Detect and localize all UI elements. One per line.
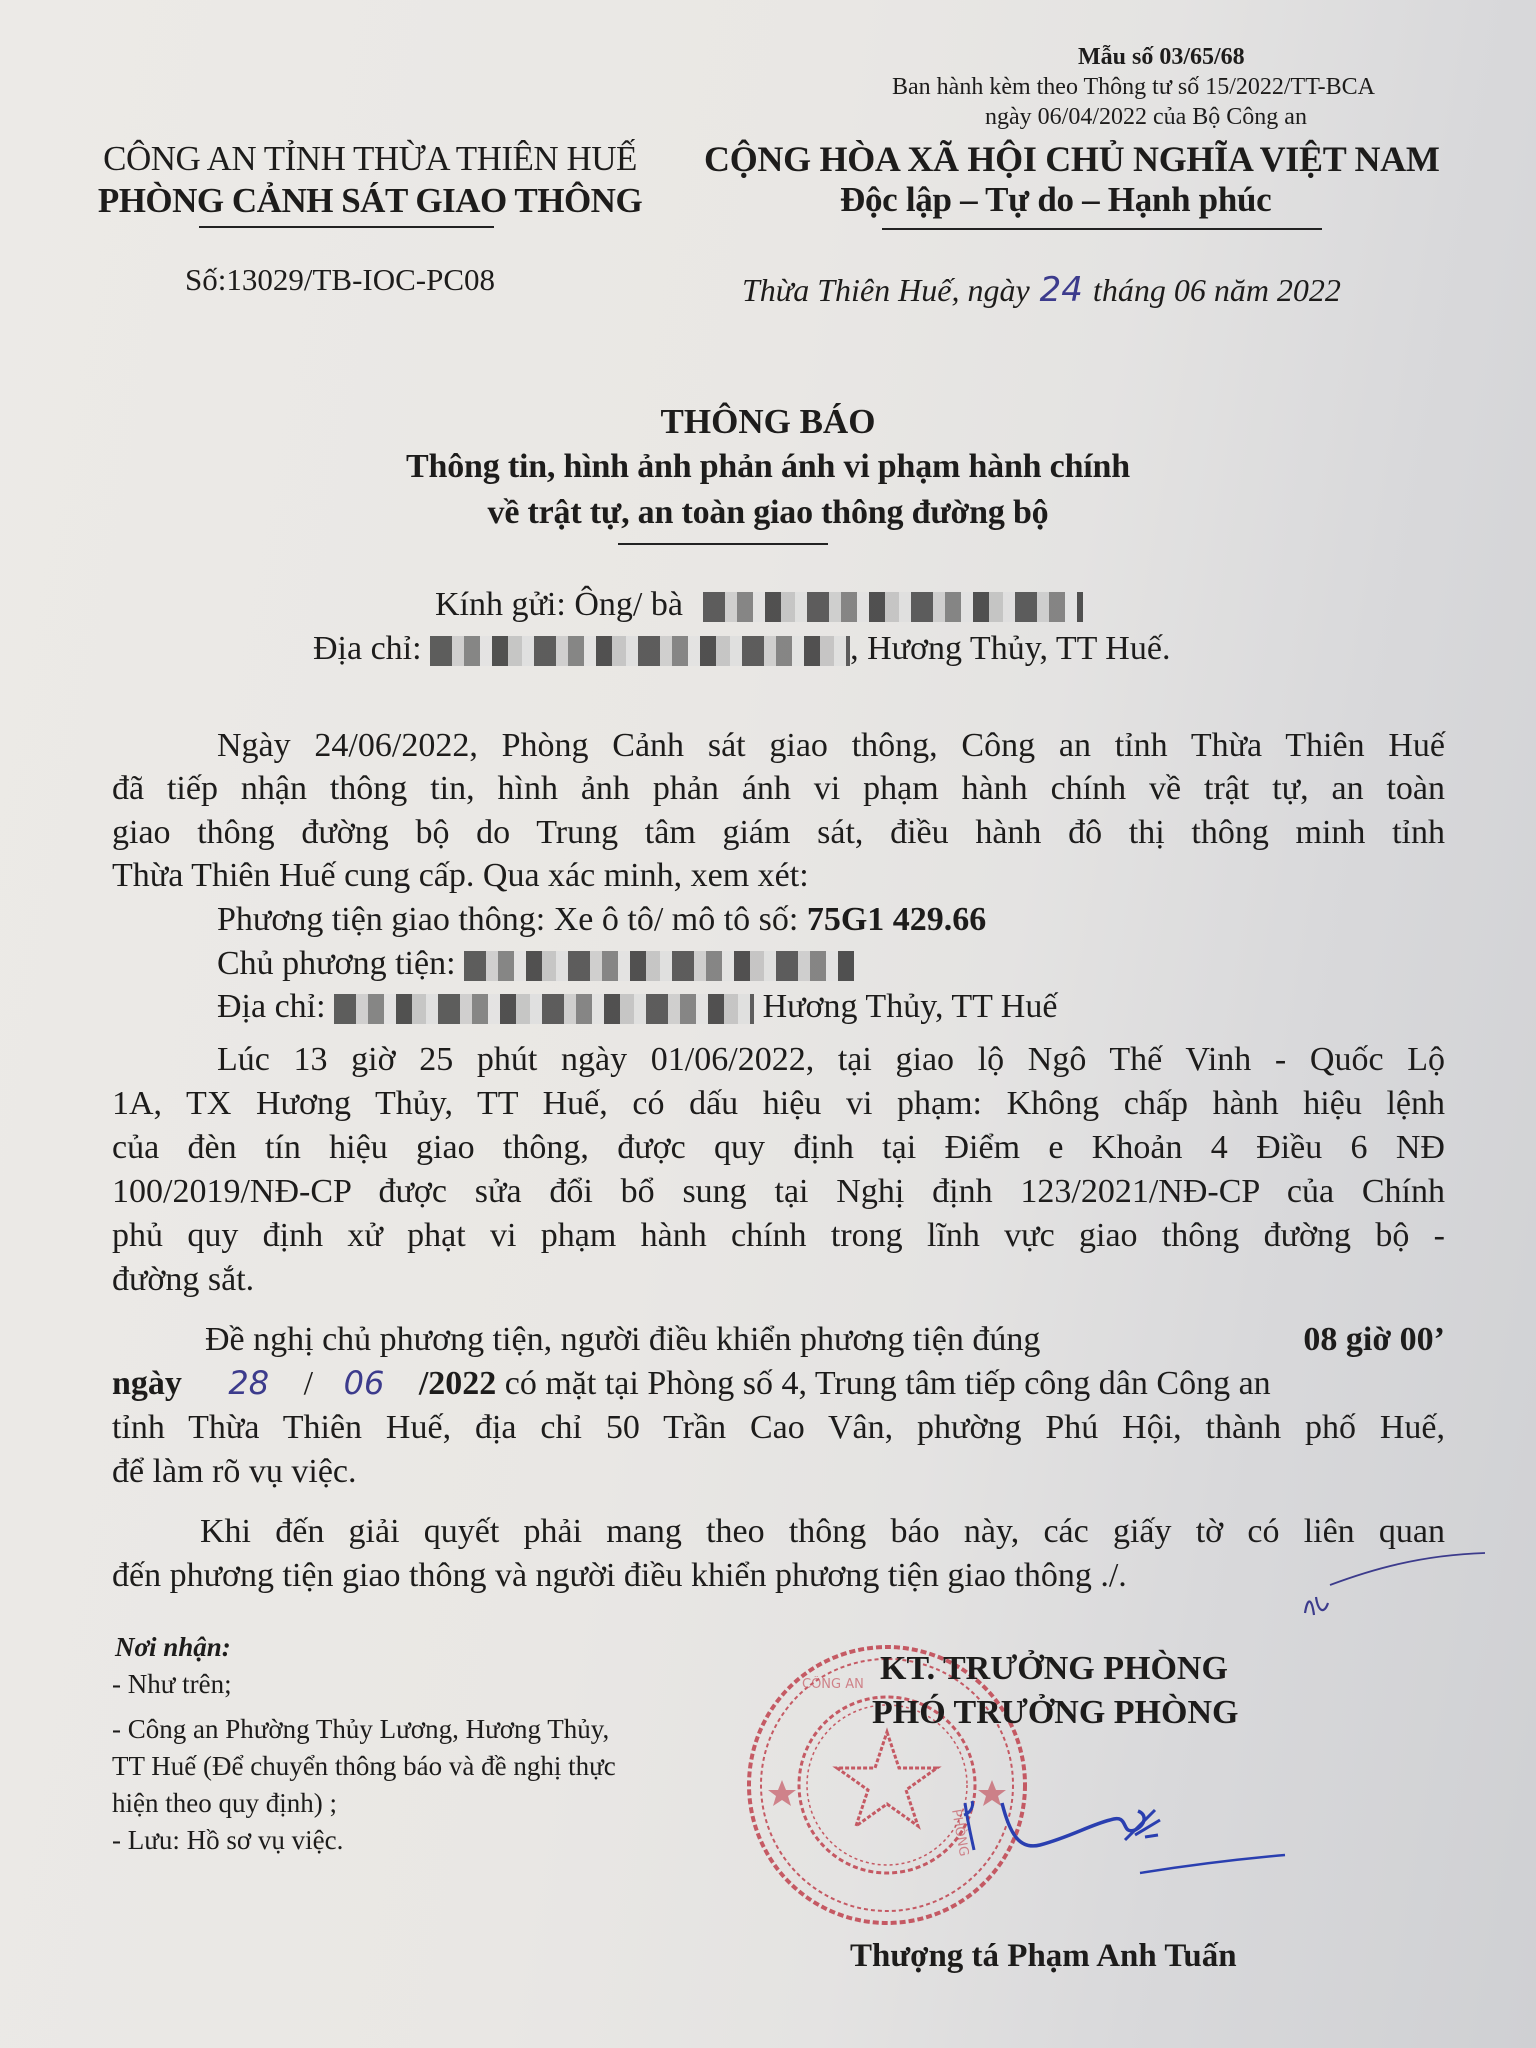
redacted-recipient-address [430, 636, 850, 666]
para3-line-2: ngày 28 / 06 /2022 có mặt tại Phòng số 4… [112, 1362, 1445, 1406]
para2-line: của đèn tín hiệu giao thông, được quy đị… [112, 1126, 1445, 1170]
redacted-owner-name [464, 951, 854, 981]
recipients-item: - Như trên; [112, 1668, 232, 1701]
recipients-item: TT Huế (Để chuyển thông báo và đề nghị t… [112, 1750, 616, 1783]
issued-by-line-2: ngày 06/04/2022 của Bộ Công an [985, 104, 1307, 131]
recipient-address-line: Địa chỉ: , Hương Thủy, TT Huế. [313, 630, 1170, 668]
para4-line-2: đến phương tiện giao thông và người điều… [112, 1554, 1445, 1598]
para2-line: phủ quy định xử phạt vi phạm hành chính … [112, 1214, 1445, 1258]
para2-line: đường sắt. [112, 1258, 1445, 1302]
address-label: Địa chỉ: [313, 630, 422, 667]
recipients-item: - Công an Phường Thủy Lương, Hương Thủy, [112, 1713, 609, 1746]
recipient-label: Kính gửi: Ông/ bà [435, 586, 683, 623]
signer-name: Thượng tá Phạm Anh Tuấn [850, 1938, 1237, 1975]
recipients-item: hiện theo quy định) ; [112, 1787, 337, 1820]
vehicle-line: Phương tiện giao thông: Xe ô tô/ mô tô s… [217, 898, 1445, 942]
agency-name: CÔNG AN TỈNH THỪA THIÊN HUẾ [60, 138, 680, 180]
national-motto: Độc lập – Tự do – Hạnh phúc [840, 180, 1271, 220]
para2-line: 1A, TX Hương Thủy, TT Huế, có dấu hiệu v… [112, 1082, 1445, 1126]
issued-by-line-1: Ban hành kèm theo Thông tư số 15/2022/TT… [892, 74, 1375, 101]
owner-label: Chủ phương tiện: [217, 945, 456, 982]
place-date-suffix: tháng 06 năm 2022 [1093, 272, 1341, 308]
form-code: Mẫu số 03/65/68 [1078, 44, 1245, 71]
handwritten-appointment-day: 28 [228, 1364, 269, 1402]
para3-text: Đề nghị chủ phương tiện, người điều khiể… [205, 1318, 1040, 1362]
para1-line: Ngày 24/06/2022, Phòng Cảnh sát giao thô… [217, 724, 1445, 768]
address-suffix: , Hương Thủy, TT Huế. [850, 630, 1170, 667]
signature-title-line-1: KT. TRƯỞNG PHÒNG [880, 1650, 1228, 1688]
appointment-time: 08 giờ 00’ [1303, 1318, 1445, 1362]
para3-line-4: để làm rõ vụ việc. [112, 1450, 1445, 1494]
para3-line-1: Đề nghị chủ phương tiện, người điều khiể… [205, 1318, 1445, 1362]
owner-line: Chủ phương tiện: [217, 942, 1445, 986]
handwritten-appointment-month: 06 [344, 1364, 385, 1402]
handwritten-signature [960, 1795, 1290, 1895]
owner-address-label: Địa chỉ: [217, 988, 326, 1025]
handwritten-day: 24 [1030, 270, 1093, 310]
star-icon [837, 1732, 937, 1826]
para3-line-3: tỉnh Thừa Thiên Huế, địa chỉ 50 Trần Cao… [112, 1406, 1445, 1450]
national-title: CỘNG HÒA XÃ HỘI CHỦ NGHĨA VIỆT NAM [704, 138, 1440, 180]
para2-line: 100/2019/NĐ-CP được sửa đổi bổ sung tại … [112, 1170, 1445, 1214]
para2-line: Lúc 13 giờ 25 phút ngày 01/06/2022, tại … [217, 1038, 1445, 1082]
recipients-title: Nơi nhận: [115, 1632, 231, 1663]
document-title: THÔNG BÁO [0, 402, 1536, 442]
recipient-line: Kính gửi: Ông/ bà [435, 586, 1083, 624]
document-subtitle-line-2: về trật tự, an toàn giao thông đường bộ [0, 494, 1536, 532]
header-left-underline [199, 226, 494, 228]
para3-text: có mặt tại Phòng số 4, Trung tâm tiếp cô… [505, 1365, 1271, 1402]
place-date-prefix: Thừa Thiên Huế, ngày [742, 272, 1030, 308]
vehicle-label: Phương tiện giao thông: Xe ô tô/ mô tô s… [217, 901, 798, 938]
para4-line-1: Khi đến giải quyết phải mang theo thông … [200, 1510, 1445, 1554]
vehicle-plate: 75G1 429.66 [807, 901, 986, 938]
redacted-owner-address [334, 994, 754, 1024]
handwritten-initial-mark [1300, 1545, 1490, 1620]
owner-address-suffix: Hương Thủy, TT Huế [763, 988, 1058, 1025]
signature-title-line-2: PHÓ TRƯỞNG PHÒNG [872, 1694, 1238, 1732]
place-and-date: Thừa Thiên Huế, ngày24tháng 06 năm 2022 [742, 270, 1341, 310]
date-separator: / [304, 1365, 313, 1402]
department-name: PHÒNG CẢNH SÁT GIAO THÔNG [60, 180, 680, 222]
issuing-agency-header: CÔNG AN TỈNH THỪA THIÊN HUẾ PHÒNG CẢNH S… [60, 138, 680, 228]
redacted-recipient-name [703, 592, 1083, 622]
document-subtitle-line-1: Thông tin, hình ảnh phản ánh vi phạm hàn… [0, 448, 1536, 486]
appointment-day-label: ngày [112, 1365, 182, 1402]
para1-line: đã tiếp nhận thông tin, hình ảnh phản án… [112, 767, 1445, 811]
owner-address-line: Địa chỉ: Hương Thủy, TT Huế [217, 985, 1445, 1029]
para1-line: Thừa Thiên Huế cung cấp. Qua xác minh, x… [112, 854, 1445, 898]
title-underline [618, 543, 828, 545]
motto-underline [882, 228, 1322, 230]
recipients-item: - Lưu: Hồ sơ vụ việc. [112, 1824, 343, 1857]
para1-line: giao thông đường bộ do Trung tâm giám sá… [112, 811, 1445, 855]
document-number: Số:13029/TB-IOC-PC08 [185, 262, 495, 298]
svg-text:CÔNG AN: CÔNG AN [802, 1676, 864, 1692]
appointment-year: /2022 [419, 1365, 496, 1402]
